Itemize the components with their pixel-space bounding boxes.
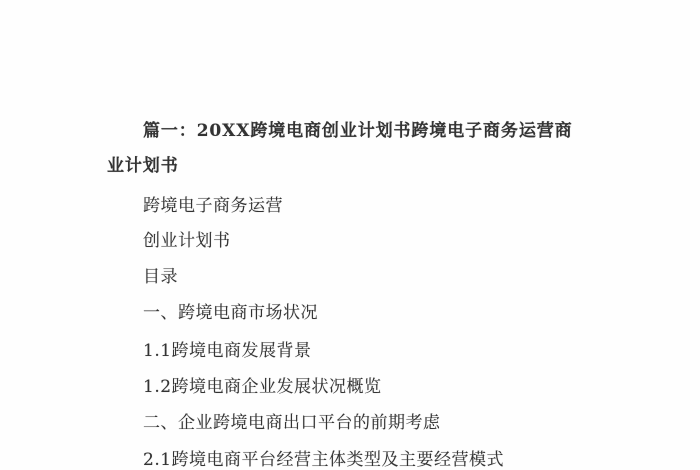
toc-item-section-1-1: 1.1跨境电商发展背景: [143, 340, 312, 362]
subtitle-business-plan: 创业计划书: [143, 230, 231, 252]
document-page: 篇一：20XX跨境电商创业计划书跨境电子商务运营商 业计划书 跨境电子商务运营 …: [0, 0, 700, 470]
toc-heading: 目录: [143, 266, 178, 288]
subtitle-operations: 跨境电子商务运营: [143, 195, 283, 217]
toc-item-section-2-1: 2.1跨境电商平台经营主体类型及主要经营模式: [143, 449, 504, 470]
toc-item-section-1-2: 1.2跨境电商企业发展状况概览: [143, 376, 382, 398]
document-title-line-2: 业计划书: [107, 155, 179, 177]
toc-item-section-2: 二、企业跨境电商出口平台的前期考虑: [143, 412, 441, 434]
toc-item-section-1: 一、跨境电商市场状况: [143, 302, 318, 324]
document-title-line-1: 篇一：20XX跨境电商创业计划书跨境电子商务运营商: [143, 120, 573, 142]
